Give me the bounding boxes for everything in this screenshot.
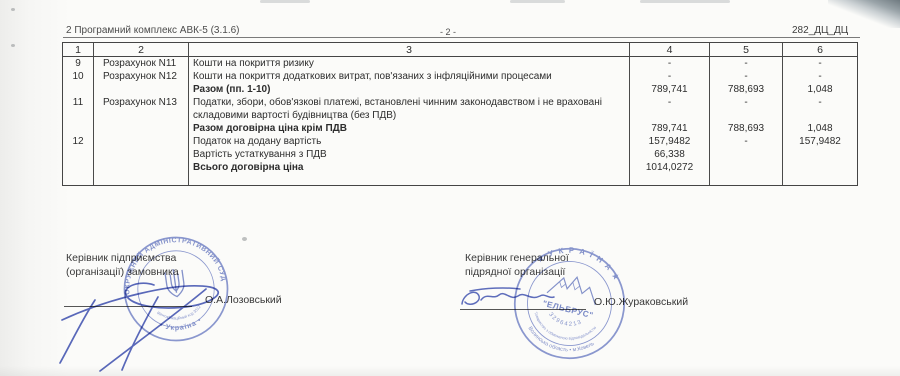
column-header: 5 (710, 43, 783, 57)
scan-speck (11, 44, 15, 47)
filler-cell (783, 174, 857, 185)
row-number (63, 83, 94, 96)
value-col4: - (630, 70, 710, 83)
value-col4: 789,741 (630, 122, 710, 135)
value-col6: 1,048 (783, 122, 857, 135)
calc-ref (94, 148, 189, 161)
calc-ref (94, 109, 189, 122)
cost-description: Кошти на покриття ризику (189, 57, 630, 70)
page-number: - 2 - (440, 27, 456, 37)
value-col4: 789,741 (630, 83, 710, 96)
header-rule (63, 37, 860, 38)
calc-ref: Розрахунок N12 (94, 70, 189, 83)
tryzub-icon (165, 268, 186, 298)
row-number (63, 109, 94, 122)
calc-ref (94, 135, 189, 148)
court-round-stamp: ОКРУЖНИЙ АДМІНІСТРАТИВНИЙ СУД • Україна … (106, 219, 246, 359)
value-col6: 1,048 (783, 83, 857, 96)
value-col5 (710, 161, 783, 174)
value-col5: - (710, 57, 783, 70)
filler-cell (710, 174, 783, 185)
value-col4: 1014,0272 (630, 161, 710, 174)
value-col6: - (783, 96, 857, 109)
column-header: 3 (189, 43, 630, 57)
value-col4: 66,338 (630, 148, 710, 161)
elbrus-company-stamp: "ЕЛЬБРУС" 32964213 ★ У К Р А Ї Н А ★ Вол… (493, 227, 647, 376)
scan-smudge (260, 0, 310, 3)
filler-cell (630, 174, 710, 185)
scanned-document-page: 2 Програмний комплекс АВК-5 (3.1.6) - 2 … (0, 0, 900, 376)
total-label: Всього договірна ціна (189, 161, 630, 174)
value-col4: 157,9482 (630, 135, 710, 148)
scan-speck (11, 8, 15, 11)
cost-description: Податки, збори, обов'язкові платежі, вст… (189, 96, 630, 109)
row-number (63, 148, 94, 161)
column-header: 4 (630, 43, 710, 57)
document-header-title: 2 Програмний комплекс АВК-5 (3.1.6) (66, 25, 240, 36)
cost-description: Податок на додану вартість (189, 135, 630, 148)
filler-cell (189, 174, 630, 185)
column-header: 2 (94, 43, 189, 57)
cost-description: складовими вартості будівництва (без ПДВ… (189, 109, 630, 122)
calc-ref (94, 161, 189, 174)
value-col6: - (783, 57, 857, 70)
cost-description: Кошти на покриття додаткових витрат, пов… (189, 70, 630, 83)
filler-cell (94, 174, 189, 185)
scan-haze (0, 366, 900, 376)
value-col6: - (783, 70, 857, 83)
calc-ref: Розрахунок N13 (94, 96, 189, 109)
value-col5: - (710, 135, 783, 148)
subtotal-label: Разом (пп. 1-10) (189, 83, 630, 96)
calc-ref: Розрахунок N11 (94, 57, 189, 70)
row-number: 10 (63, 70, 94, 83)
stamp-ring-text: ★ У К Р А Ї Н А ★ (534, 237, 627, 285)
calc-ref (94, 122, 189, 135)
scan-speck (242, 237, 247, 241)
column-header: 1 (63, 43, 94, 57)
row-number: 9 (63, 57, 94, 70)
value-col6 (783, 148, 857, 161)
row-number: 12 (63, 135, 94, 148)
value-col4: - (630, 96, 710, 109)
scan-smudge (510, 0, 565, 3)
value-col6 (783, 109, 857, 122)
value-col5: - (710, 70, 783, 83)
value-col6: 157,9482 (783, 135, 857, 148)
value-col5 (710, 109, 783, 122)
document-code: 282_ДЦ_ДЦ (792, 25, 848, 36)
column-header: 6 (783, 43, 857, 57)
value-col4 (630, 109, 710, 122)
row-number (63, 122, 94, 135)
value-col4: - (630, 57, 710, 70)
value-col5: 788,693 (710, 83, 783, 96)
value-col5: - (710, 96, 783, 109)
value-col5: 788,693 (710, 122, 783, 135)
subtotal-label: Разом договірна ціна крім ПДВ (189, 122, 630, 135)
scan-corner-shadow (828, 0, 900, 28)
value-col6 (783, 161, 857, 174)
cost-description: Вартість устаткування з ПДВ (189, 148, 630, 161)
value-col5 (710, 148, 783, 161)
calc-ref (94, 83, 189, 96)
svg-text:★ У К Р А Ї Н А ★: ★ У К Р А Ї Н А ★ (534, 237, 627, 285)
filler-cell (63, 174, 94, 185)
row-number: 11 (63, 96, 94, 109)
cost-summary-table: 1 2 3 4 5 6 9 Розрахунок N11 Кошти на по… (62, 42, 858, 186)
row-number (63, 161, 94, 174)
scan-smudge (640, 0, 730, 3)
